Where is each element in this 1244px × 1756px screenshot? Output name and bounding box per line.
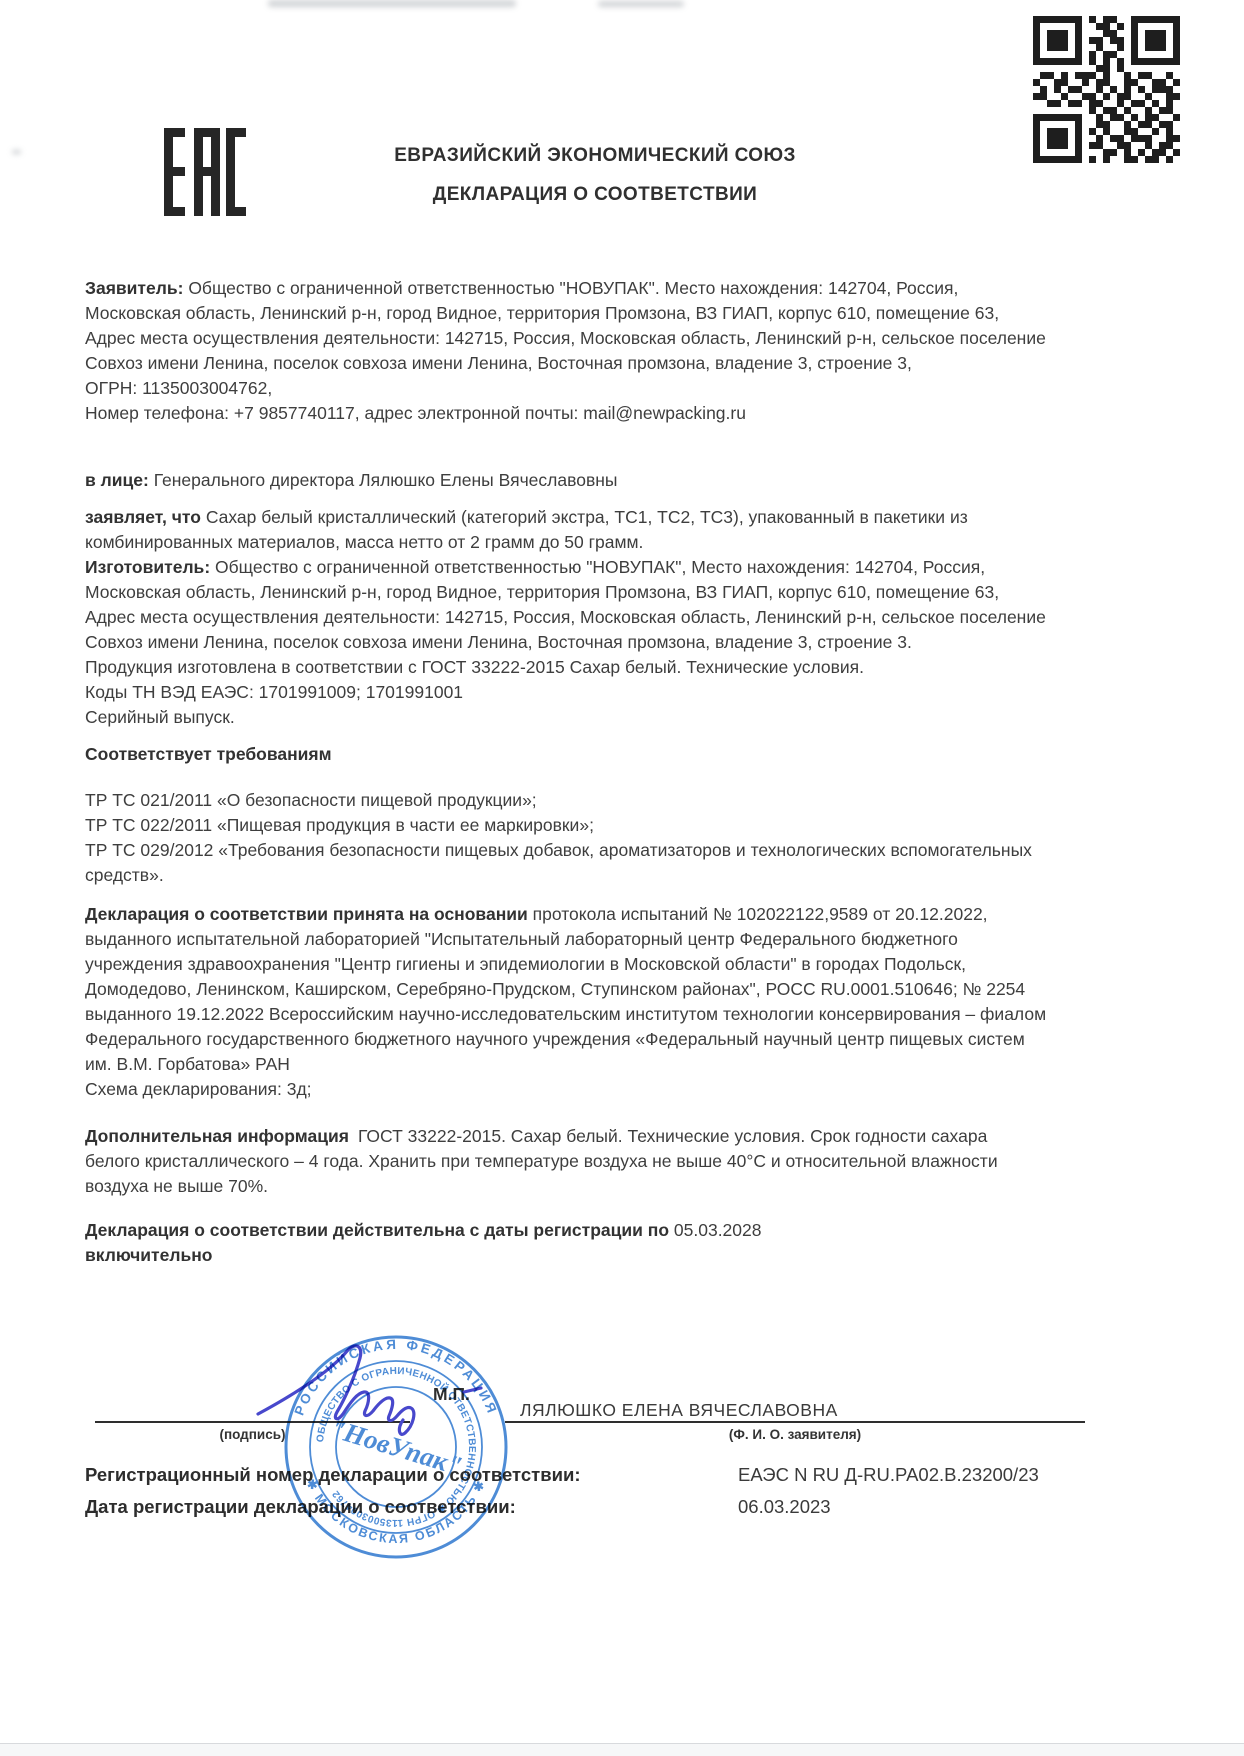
validity-date: 05.03.2028 (674, 1220, 762, 1240)
manufacturer-text: Общество с ограниченной ответственностью… (85, 557, 1046, 727)
manufacturer-label: Изготовитель: (85, 557, 210, 577)
qr-modules (1033, 16, 1180, 163)
name-caption: (Ф. И. О. заявителя) (505, 1427, 1085, 1442)
validity-suffix: включительно (85, 1245, 212, 1265)
page-bottom-margin (0, 1744, 1244, 1756)
requirements-list: ТР ТС 021/2011 «О безопасности пищевой п… (85, 788, 1047, 888)
validity-paragraph: Декларация о соответствии действительна … (85, 1218, 1047, 1268)
scan-artifact (268, 0, 516, 7)
reg-number-value: ЕАЭС N RU Д-RU.РА02.В.23200/23 (738, 1464, 1039, 1486)
document-page: ЕВРАЗИЙСКИЙ ЭКОНОМИЧЕСКИЙ СОЮЗ ДЕКЛАРАЦИ… (0, 0, 1244, 1756)
qr-code (1033, 16, 1180, 163)
basis-paragraph: Декларация о соответствии принята на осн… (85, 902, 1047, 1102)
scan-artifact (598, 1, 684, 7)
declares-text: Сахар белый кристаллический (категорий э… (85, 507, 968, 552)
in-person-text: Генерального директора Лялюшко Елены Вяч… (154, 470, 618, 490)
applicant-text: Общество с ограниченной ответственностью… (85, 278, 1046, 423)
reg-date-value: 06.03.2023 (738, 1496, 831, 1518)
basis-text: протокола испытаний № 102022122,9589 от … (85, 904, 1046, 1099)
stamp-center-name: "НовУпак" (326, 1413, 466, 1482)
company-stamp: РОССИЙСКАЯ ФЕДЕРАЦИЯ ✱ МОСКОВСКАЯ ОБЛАСТ… (279, 1330, 513, 1564)
applicant-label: Заявитель: (85, 278, 183, 298)
union-title: ЕВРАЗИЙСКИЙ ЭКОНОМИЧЕСКИЙ СОЮЗ (85, 145, 1105, 167)
in-person-label: в лице: (85, 470, 149, 490)
name-underline (505, 1421, 1085, 1423)
in-person-paragraph: в лице: Генерального директора Лялюшко Е… (85, 468, 1047, 493)
additional-info-label: Дополнительная информация (85, 1126, 349, 1146)
signatory-name: ЛЯЛЮШКО ЕЛЕНА ВЯЧЕСЛАВОВНА (520, 1400, 838, 1421)
applicant-paragraph: Заявитель: Общество с ограниченной ответ… (85, 276, 1047, 426)
scan-artifact (12, 150, 21, 154)
declaration-title: ДЕКЛАРАЦИЯ О СООТВЕТСТВИИ (85, 184, 1105, 206)
requirements-heading: Соответствует требованиям (85, 744, 332, 765)
declares-paragraph: заявляет, что Сахар белый кристаллически… (85, 505, 1047, 730)
validity-label: Декларация о соответствии действительна … (85, 1220, 669, 1240)
additional-info-paragraph: Дополнительная информацияГОСТ 33222-2015… (85, 1124, 1047, 1199)
basis-label: Декларация о соответствии принята на осн… (85, 904, 528, 924)
declares-label: заявляет, что (85, 507, 201, 527)
stamp-outer-top-text: РОССИЙСКАЯ ФЕДЕРАЦИЯ (292, 1337, 501, 1418)
